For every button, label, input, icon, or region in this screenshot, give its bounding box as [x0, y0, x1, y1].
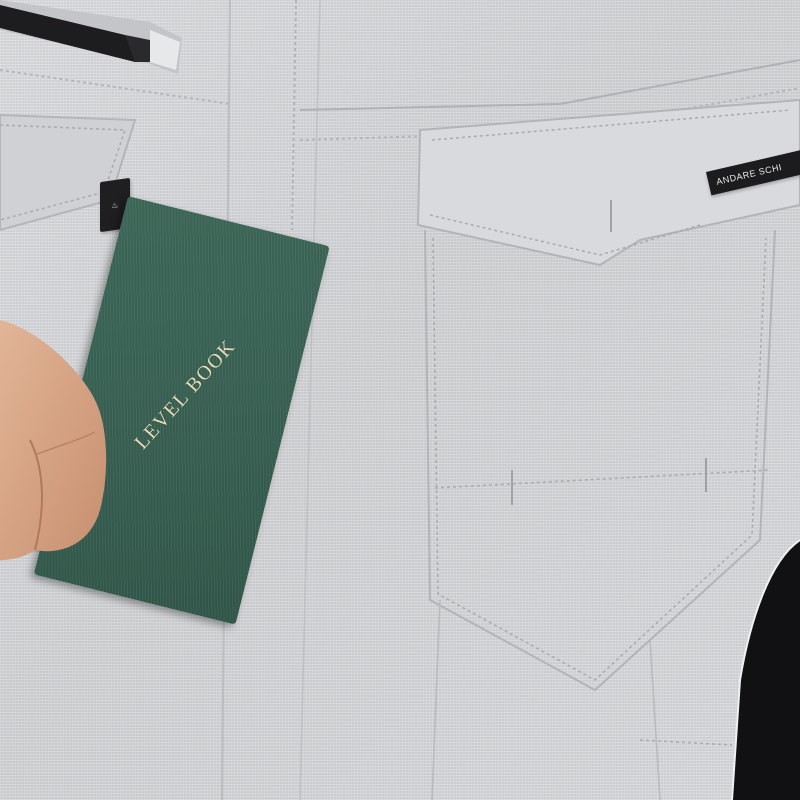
- hand: [0, 0, 800, 800]
- hand-fingers: [0, 320, 106, 560]
- photo-scene: ANDARE SCHI ♨ LEVEL BOOK: [0, 0, 800, 800]
